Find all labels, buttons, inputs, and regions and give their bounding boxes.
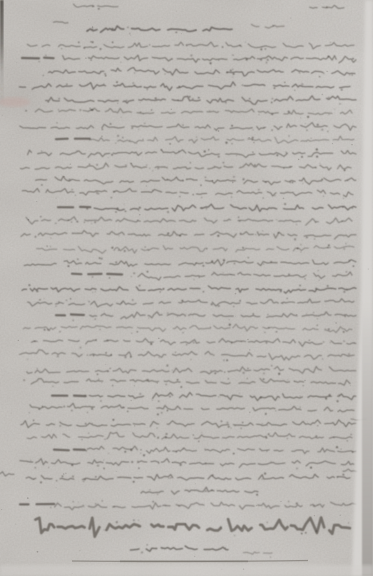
right-edge-shadow [362, 300, 373, 576]
scanned-document-page: Scanned page of an old lithographed docu… [0, 0, 373, 576]
bottom-light-band [0, 565, 373, 576]
scan-render-surface [0, 0, 373, 576]
left-edge-shadow [0, 0, 4, 240]
